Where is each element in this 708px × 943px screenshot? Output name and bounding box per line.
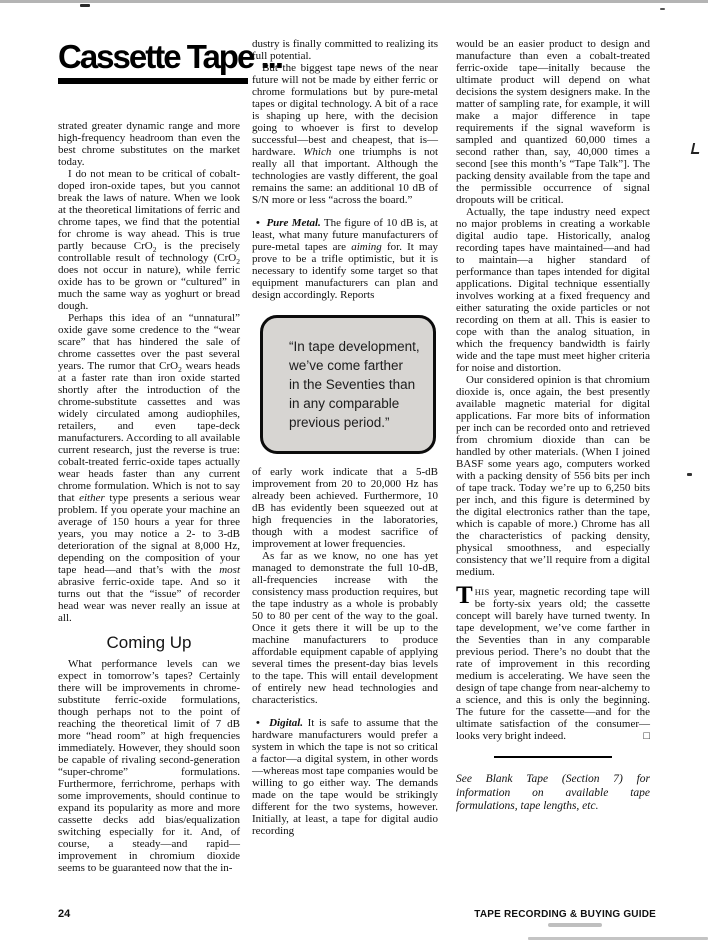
article-paragraph-closing: THIS year, magnetic recording tape will …	[456, 586, 650, 742]
article-paragraph: strated greater dynamic range and more h…	[58, 120, 240, 168]
article-paragraph: As far as we know, no one has yet manage…	[252, 550, 438, 706]
scan-mark	[660, 8, 665, 10]
page-number: 24	[58, 908, 70, 920]
article-paragraph: Perhaps this idea of an “unnatural” oxid…	[58, 312, 240, 624]
article-paragraph: But the biggest tape news of the near fu…	[252, 62, 438, 206]
footer-magazine-title: TAPE RECORDING & BUYING GUIDE	[474, 909, 656, 920]
footnote-see-blank-tape: See Blank Tape (Section 7) for informati…	[456, 773, 650, 814]
paragraph-text: HIS year, magnetic recording tape will b…	[456, 586, 650, 742]
scan-mark	[80, 4, 90, 7]
scan-mark	[548, 923, 602, 927]
title-rule	[58, 78, 248, 84]
article-paragraph: dustry is finally committed to realizing…	[252, 38, 438, 62]
scan-mark	[687, 473, 692, 476]
pullquote-text: “In tape development, we’ve come farther…	[289, 337, 423, 432]
article-paragraph: Actually, the tape industry need expect …	[456, 206, 650, 374]
masthead: Cassette Tape ...	[58, 38, 250, 84]
scan-mark	[691, 143, 701, 154]
section-heading-coming-up: Coming Up	[58, 637, 240, 649]
article-paragraph-pure-metal: • Pure Metal. The figure of 10 dB is, at…	[252, 217, 438, 301]
column-3: would be an easier product to design and…	[456, 38, 650, 814]
scan-edge-artifact	[0, 0, 708, 3]
article-paragraph: I do not mean to be critical of cobalt-d…	[58, 168, 240, 312]
column-1: strated greater dynamic range and more h…	[58, 120, 240, 874]
column-2: dustry is finally committed to realizing…	[252, 38, 438, 837]
page-title: Cassette Tape ...	[58, 38, 250, 76]
dropcap: T	[456, 586, 475, 606]
article-paragraph-digital: • Digital. It is safe to assume that the…	[252, 717, 438, 837]
article-paragraph: of early work indicate that a 5-dB impro…	[252, 466, 438, 550]
article-paragraph: What performance levels can we expect in…	[58, 658, 240, 874]
article-paragraph: Our considered opinion is that chromium …	[456, 374, 650, 578]
scan-edge-artifact	[528, 937, 708, 940]
pullquote-box: “In tape development, we’ve come farther…	[260, 315, 436, 454]
article-paragraph: would be an easier product to design and…	[456, 38, 650, 206]
footnote-rule	[494, 756, 612, 758]
